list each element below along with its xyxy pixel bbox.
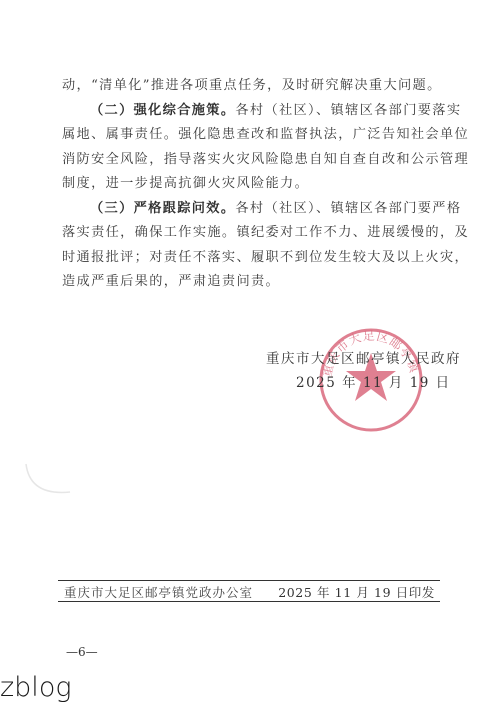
text-line: 属地、属事责任。强化隐患查改和监督执法，广泛告知社会单位 — [62, 123, 442, 148]
footer-office: 重庆市大足区邮亭镇党政办公室 — [64, 583, 253, 601]
section-heading: （三）严格跟踪问效。 — [90, 201, 235, 216]
paragraph-section-3: （三）严格跟踪问效。各村（社区）、镇辖区各部门要严格 落实责任，确保工作实施。镇… — [62, 197, 442, 295]
text-line: （三）严格跟踪问效。各村（社区）、镇辖区各部门要严格 — [62, 197, 442, 222]
text-line: 制度，进一步提高抗御火灾风险能力。 — [62, 172, 442, 197]
footer-top-rule — [58, 580, 440, 581]
watermark: zblog — [0, 672, 72, 703]
text-line: 时通报批评；对责任不落实、履职不到位发生较大及以上火灾， — [62, 246, 442, 271]
paragraph-section-2: （二）强化综合施策。各村（社区）、镇辖区各部门要落实 属地、属事责任。强化隐患查… — [62, 99, 442, 197]
scan-artifact-icon — [24, 462, 74, 502]
issue-date: 2025 年 11 月 19 日 — [296, 371, 451, 391]
text-line: 动，“清单化”推进各项重点任务，及时研究解决重大问题。 — [62, 74, 442, 99]
text-line: 落实责任，确保工作实施。镇纪委对工作不力、进展缓慢的，及 — [62, 221, 442, 246]
text-line: 造成严重后果的，严肃追责问责。 — [62, 270, 442, 295]
text-line: （二）强化综合施策。各村（社区）、镇辖区各部门要落实 — [62, 99, 442, 124]
paragraph-continuation: 动，“清单化”推进各项重点任务，及时研究解决重大问题。 — [62, 74, 442, 99]
page-number: —6— — [66, 645, 98, 659]
footer-bottom-rule — [58, 601, 440, 602]
footer-print-date: 2025 年 11 月 19 日印发 — [278, 583, 435, 601]
issuer-name: 重庆市大足区邮亭镇人民政府 — [266, 347, 461, 367]
text-line: 消防安全风险，指导落实火灾风险隐患自知自查自改和公示管理 — [62, 148, 442, 173]
section-heading: （二）强化综合施策。 — [90, 103, 235, 118]
